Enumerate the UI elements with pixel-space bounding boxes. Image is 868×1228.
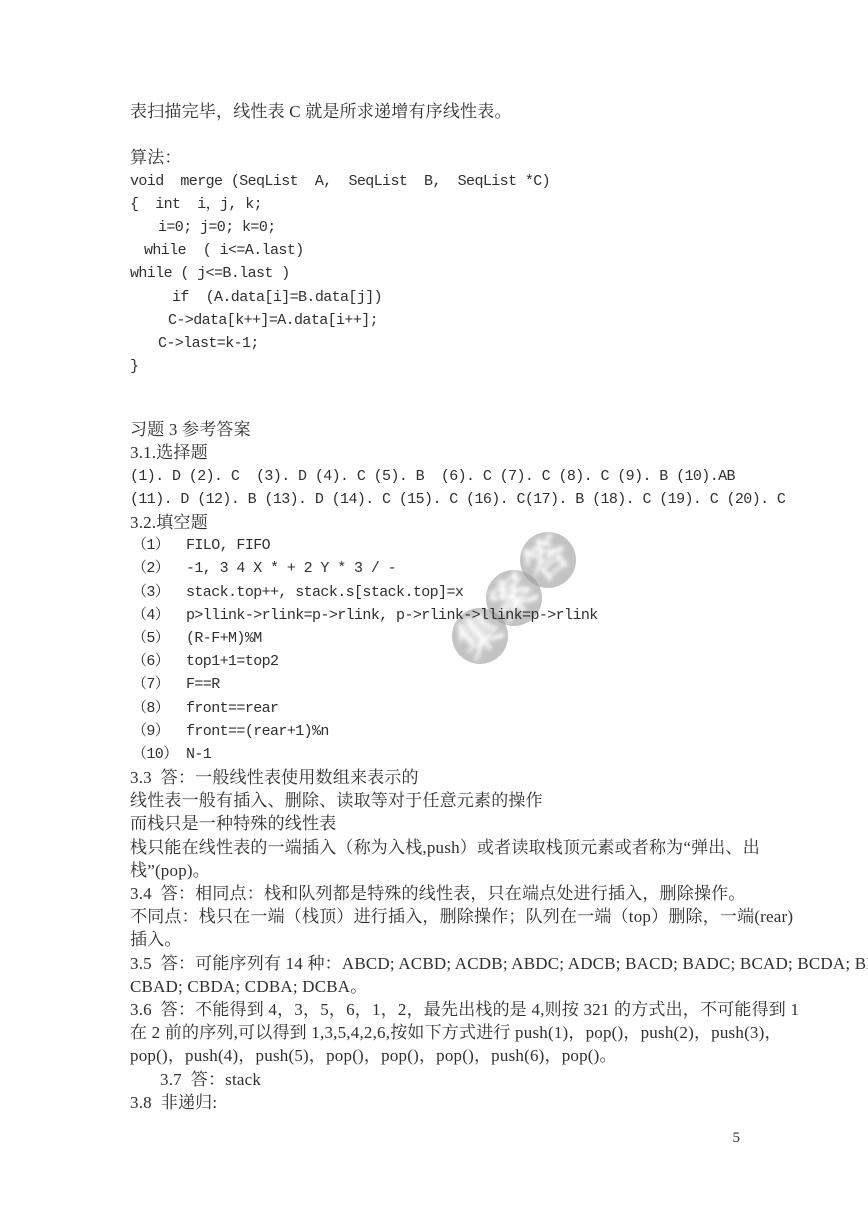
code-line: if (A.data[i]=B.data[j]): [130, 286, 790, 309]
answer-3-4-line: 3.4 答：相同点：栈和队列都是特殊的线性表，只在端点处进行插入，删除操作。: [130, 882, 790, 905]
code-line: void merge (SeqList A, SeqList B, SeqLis…: [130, 170, 790, 193]
code-line: while ( j<=B.last ): [130, 262, 790, 285]
fill-blank-item: （10） N-1: [130, 743, 790, 766]
page-content: 表扫描完毕，线性表 C 就是所求递增有序线性表。 算法： void merge …: [130, 100, 790, 1114]
code-line: i=0; j=0; k=0;: [130, 216, 790, 239]
algorithm-label: 算法：: [130, 146, 790, 169]
answer-3-3-line: 线性表一般有插入、删除、读取等对于任意元素的操作: [130, 789, 790, 812]
answer-3-6-line: pop()，push(4)，push(5)，pop()，pop()，pop()，…: [130, 1044, 790, 1067]
answer-3-6-line: 在 2 前的序列,可以得到 1,3,5,4,2,6,按如下方式进行 push(1…: [130, 1021, 790, 1044]
fill-blank-item: （7） F==R: [130, 673, 790, 696]
fill-blank-item: （4） p>llink->rlink=p->rlink, p->rlink->l…: [130, 604, 790, 627]
answer-3-6-line: 3.6 答：不能得到 4，3，5，6，1，2，最先出栈的是 4,则按 321 的…: [130, 998, 790, 1021]
answer-3-3-line: 栈”(pop)。: [130, 859, 790, 882]
page-number: 5: [733, 1130, 741, 1147]
fill-blank-item: （3） stack.top++, stack.s[stack.top]=x: [130, 581, 790, 604]
answer-3-8-line: 3.8 非递归:: [130, 1091, 790, 1114]
fill-blank-item: （6） top1+1=top2: [130, 650, 790, 673]
code-line: C->data[k++]=A.data[i++];: [130, 309, 790, 332]
answer-3-4-line: 不同点：栈只在一端（栈顶）进行插入，删除操作；队列在一端（top）删除，一端(r…: [130, 905, 790, 928]
fill-blank-item: （5） (R-F+M)%M: [130, 627, 790, 650]
code-line: { int i，j, k;: [130, 193, 790, 216]
answer-3-5-line: 3.5 答：可能序列有 14 种：ABCD; ACBD; ACDB; ABDC;…: [130, 952, 790, 975]
section-3-1-title: 3.1.选择题: [130, 441, 790, 464]
fill-blank-item: （1） FILO, FIFO: [130, 534, 790, 557]
document-page: 答 案 集 表扫描完毕，线性表 C 就是所求递增有序线性表。 算法： void …: [0, 0, 868, 1228]
fill-blank-item: （9） front==(rear+1)%n: [130, 720, 790, 743]
code-line: }: [130, 355, 790, 378]
answer-3-3-line: 3.3 答：一般线性表使用数组来表示的: [130, 766, 790, 789]
answer-3-7-line: 3.7 答：stack: [130, 1068, 790, 1091]
intro-line: 表扫描完毕，线性表 C 就是所求递增有序线性表。: [130, 100, 790, 123]
spacer: [130, 378, 790, 418]
answer-3-3-line: 栈只能在线性表的一端插入（称为入栈,push）或者读取栈顶元素或者称为“弹出、出: [130, 836, 790, 859]
answer-3-3-line: 而栈只是一种特殊的线性表: [130, 812, 790, 835]
choice-answers-line: (1). D (2). C (3). D (4). C (5). B (6). …: [130, 465, 790, 488]
fill-blank-item: （2） -1, 3 4 X * + 2 Y * 3 / -: [130, 557, 790, 580]
answers-heading: 习题 3 参考答案: [130, 418, 790, 441]
choice-answers-line: (11). D (12). B (13). D (14). C (15). C …: [130, 488, 790, 511]
code-line: C->last=k-1;: [130, 332, 790, 355]
answer-3-4-line: 插入。: [130, 928, 790, 951]
code-line: while ( i<=A.last): [130, 239, 790, 262]
section-3-2-title: 3.2.填空题: [130, 511, 790, 534]
answer-3-5-line: CBAD; CBDA; CDBA; DCBA。: [130, 975, 790, 998]
fill-blank-item: （8） front==rear: [130, 697, 790, 720]
spacer: [130, 123, 790, 146]
